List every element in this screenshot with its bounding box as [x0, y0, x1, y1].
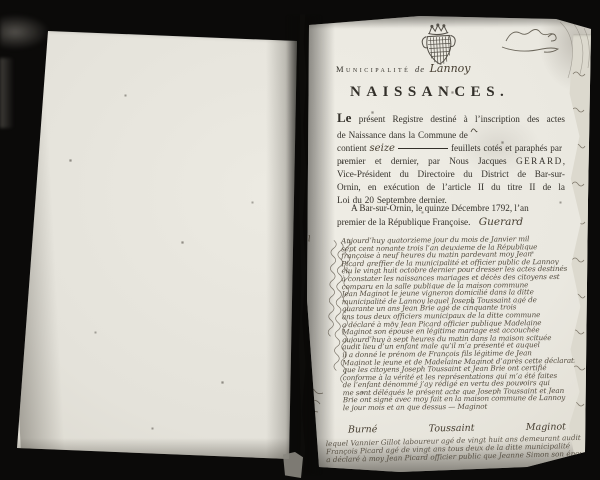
act-signatures: Burné Toussaint Maginot: [348, 421, 566, 435]
municipality-de: de: [415, 64, 425, 74]
page-edge-smudge: [38, 20, 302, 43]
declaration-line: de Naissance dans la Commune de: [337, 126, 565, 142]
register-scan-photo: Municipalité de Lannoy NAISSANCES. Le pr…: [0, 0, 600, 480]
drop-cap: Le: [337, 110, 351, 125]
vice-president-signature: Guerard: [479, 216, 523, 228]
act-line: le jour mois et an que dessus — Maginot: [343, 402, 575, 412]
register-title: NAISSANCES.: [350, 84, 509, 101]
paper-speckles: [0, 0, 1, 1]
officer-name: GERARD: [516, 156, 563, 166]
municipality-name-handwriting: Lannoy: [430, 62, 471, 75]
corner-crease-lines: [540, 20, 598, 90]
declaration-line: Le présent Registre destiné à l’inscript…: [337, 111, 565, 126]
printed-dateline: A Bar-sur-Ornin, le quinze Décembre 1792…: [337, 202, 565, 229]
dateline: A Bar-sur-Ornin, le quinze Décembre 1792…: [337, 202, 565, 216]
dateline: premier de la République Françoise. Guer…: [337, 216, 565, 230]
page-bottom-shade: [14, 438, 292, 460]
handwritten-birth-act: Aujourd’huy quatorzieme jour du mois de …: [341, 235, 575, 412]
printed-declaration: Le présent Registre destiné à l’inscript…: [337, 111, 565, 207]
printed-rule: [398, 148, 448, 149]
declaration-line: Vice-Président du Directoire du District…: [337, 168, 565, 181]
book-fore-edge-streak: [0, 58, 14, 128]
signature: Maginot: [526, 421, 566, 433]
declaration-line: Ornin, en exécution de l’article II du t…: [337, 181, 565, 194]
declaration-line: premier et dernier, par Nous Jacques GER…: [337, 155, 565, 168]
torn-page-fragment: [283, 452, 303, 478]
book-fore-edge-smear: [0, 14, 50, 50]
signature: Toussaint: [429, 423, 475, 435]
municipality-heading: Municipalité de Lannoy: [336, 62, 536, 75]
municipality-label: Municipalité: [336, 64, 410, 74]
handwritten-tick: [470, 126, 478, 134]
declaration-line: contient seizefeuillets cotés et paraphé…: [337, 142, 565, 155]
folio-count-handwriting: seize: [370, 143, 395, 154]
signature: Burné: [348, 424, 378, 435]
